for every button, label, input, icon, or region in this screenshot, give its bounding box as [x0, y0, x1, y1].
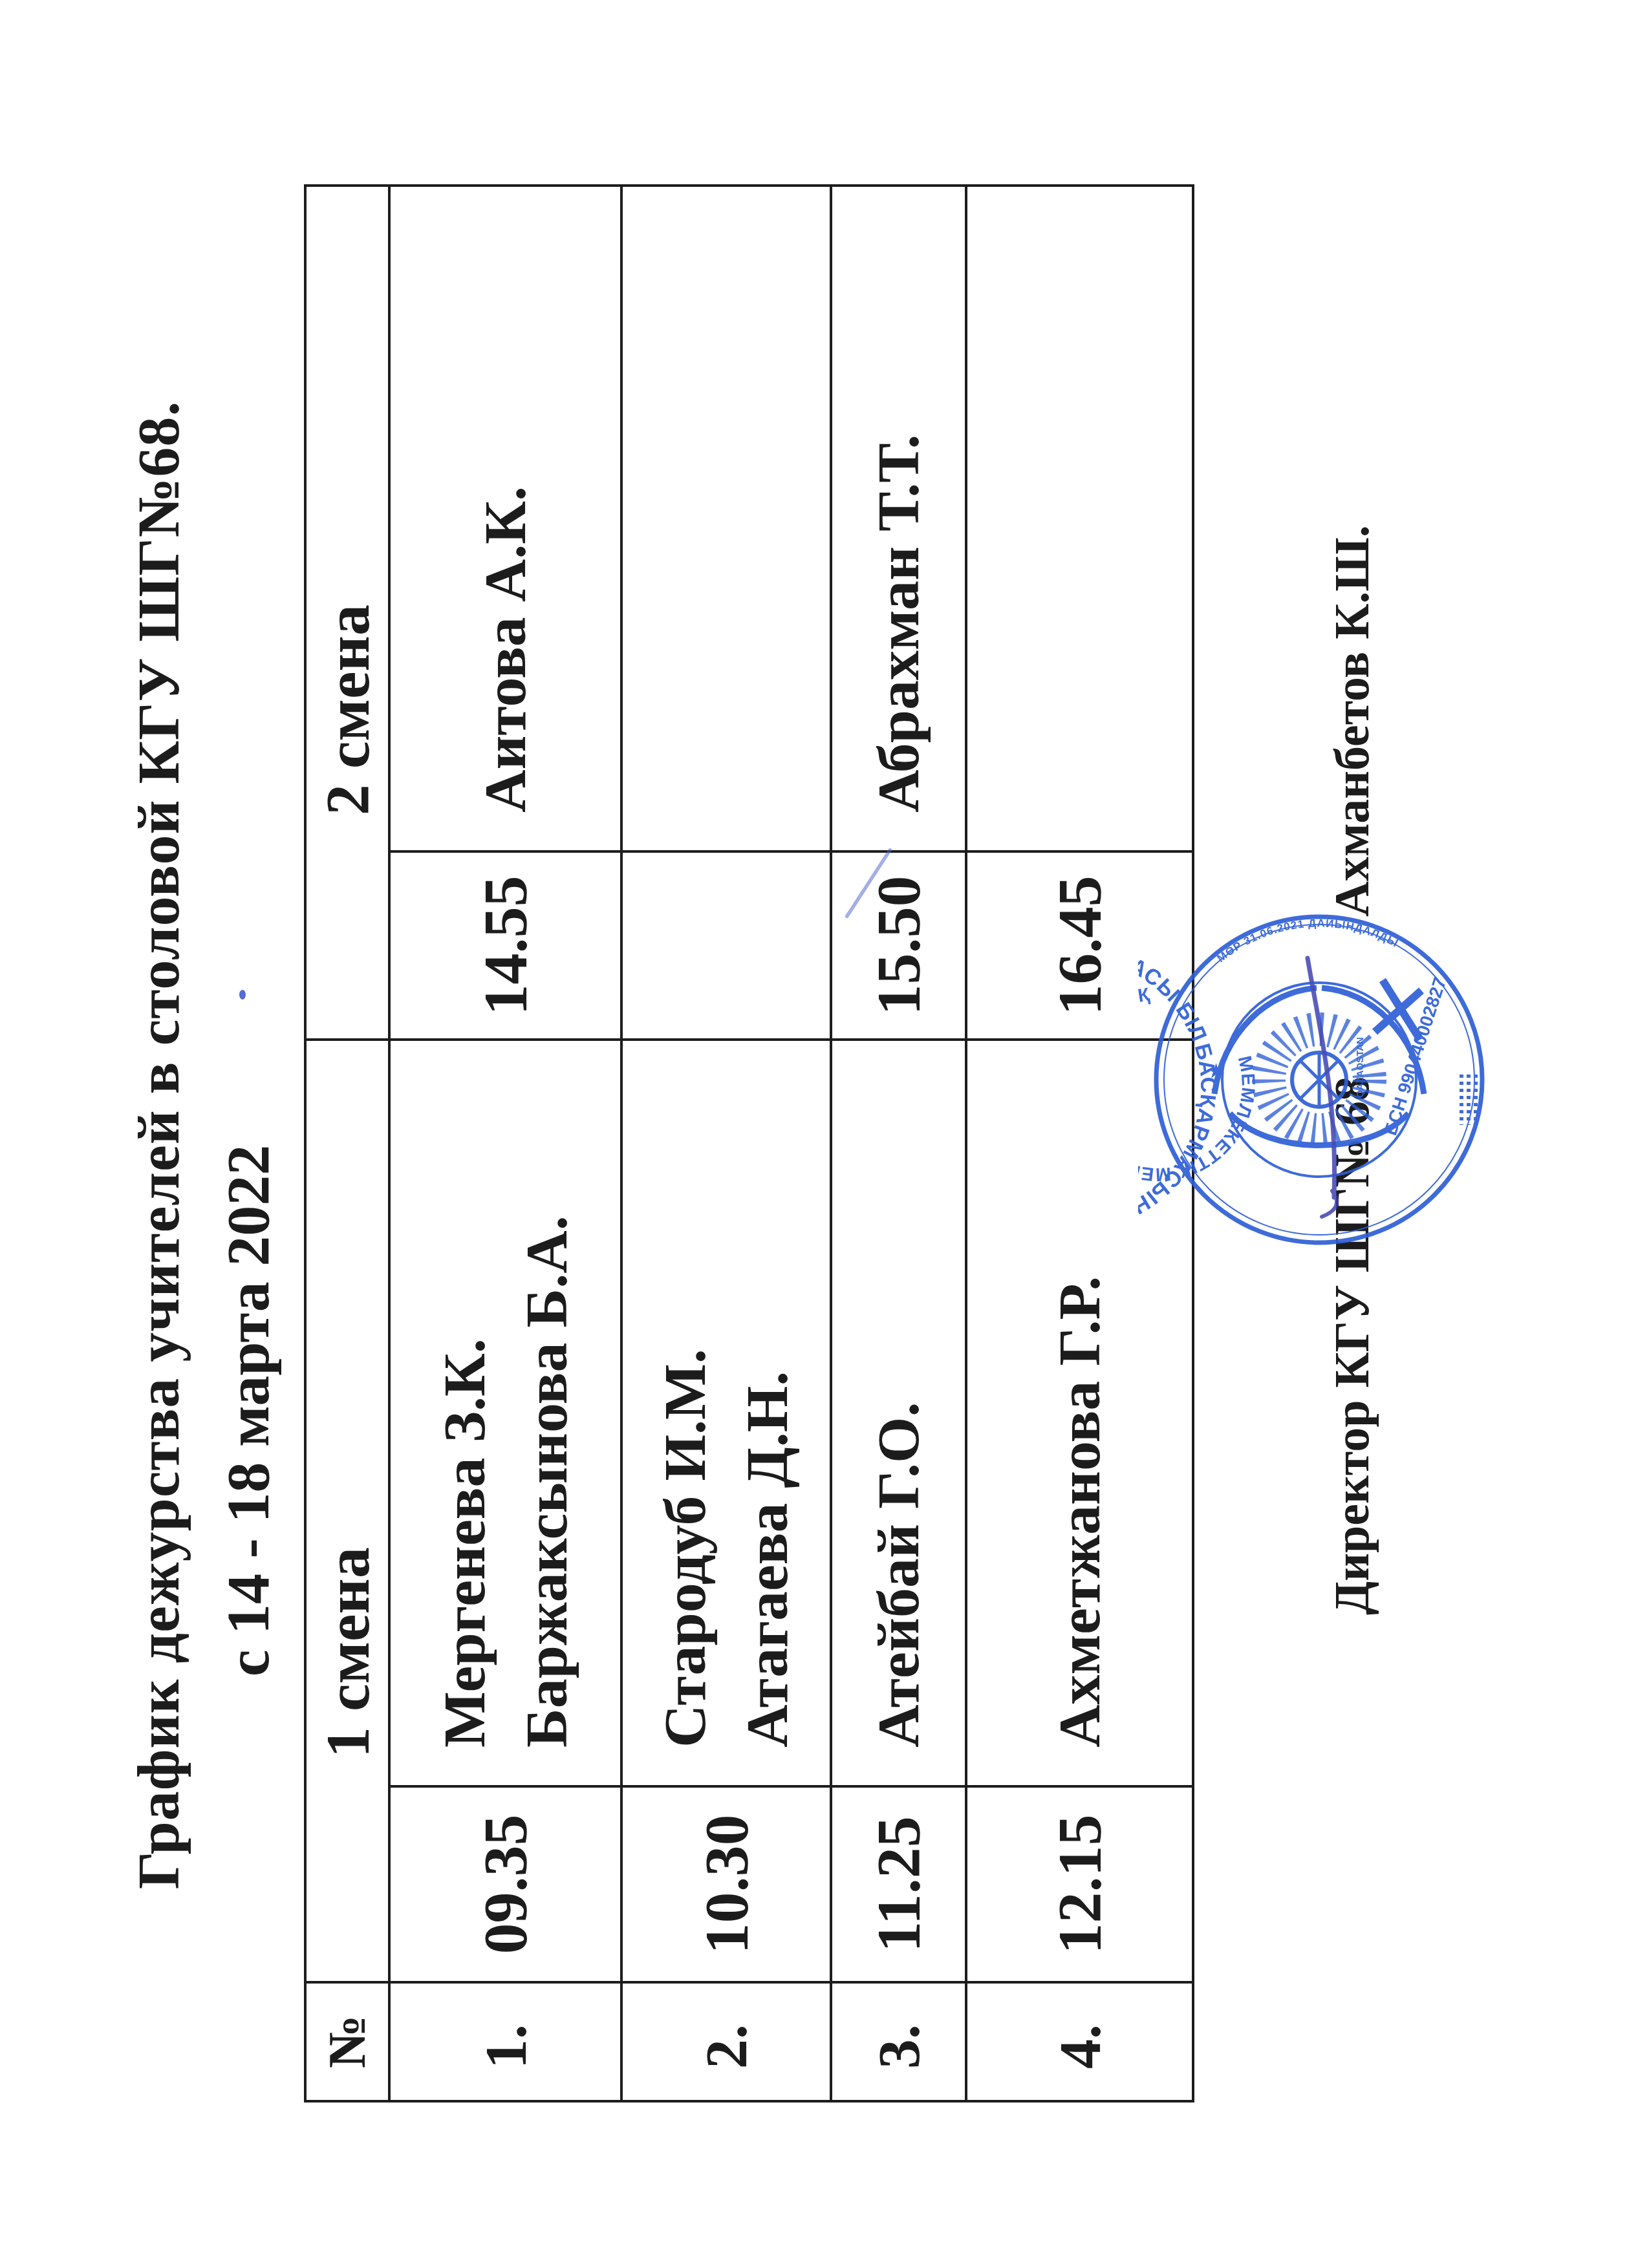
signature-name: Ахманбетов К.Ш. [1324, 525, 1381, 917]
shift1-teachers: Стародуб И.М. Атагаева Д.Н. [623, 1038, 832, 1785]
shift1-time: 10.30 [623, 1785, 832, 1981]
shift1-time: 12.15 [967, 1785, 1194, 1981]
shift2-time [623, 850, 832, 1038]
header-shift-1: 1 смена [307, 1038, 391, 1981]
row-number: 1. [391, 1981, 623, 2100]
page-subtitle: с 14 - 18 марта 2022 [213, 553, 283, 2268]
shift1-time: 11.25 [832, 1785, 967, 1981]
shift1-time: 09.35 [391, 1785, 623, 1981]
shift2-teachers [623, 184, 832, 850]
rotated-sheet: График дежурства учителей в столовой КГУ… [0, 0, 1649, 2268]
shift1-teachers: Атейбай Г.О. [832, 1038, 967, 1785]
row-number: 4. [967, 1981, 1194, 2100]
duty-schedule-table: № 1 смена 2 смена 1. 09.35 Мергенева З.К… [304, 184, 1194, 2102]
shift2-teachers: Аитова А.К. [391, 184, 623, 850]
shift2-time: 15.50 [832, 850, 967, 1038]
stamp-emblem-text: QAZAQSTAN [1355, 1037, 1366, 1098]
stray-ink-dot [239, 990, 246, 1000]
shift1-teachers: Мергенева З.К. Баржаксынова Б.А. [391, 1038, 623, 1785]
row-number: 2. [623, 1981, 832, 2100]
shift2-time: 14.55 [391, 850, 623, 1038]
official-stamp: БАСҚАРМАСЫНЫҢ «№68 МЕКТЕП-ГИМНАЗИЯ» АЛМА… [1138, 899, 1500, 1261]
star-icon: ★ [1208, 1061, 1224, 1081]
header-number: № [307, 1981, 391, 2100]
header-shift-2: 2 смена [307, 184, 391, 1038]
scanned-document: { "title": "График дежурства учителей в … [0, 0, 1649, 2268]
row-number: 3. [832, 1981, 967, 2100]
shift2-teachers [967, 184, 1194, 850]
page-title: График дежурства учителей в столовой КГУ… [124, 22, 193, 2268]
shift2-teachers: Абрахман Т.Т. [832, 184, 967, 850]
